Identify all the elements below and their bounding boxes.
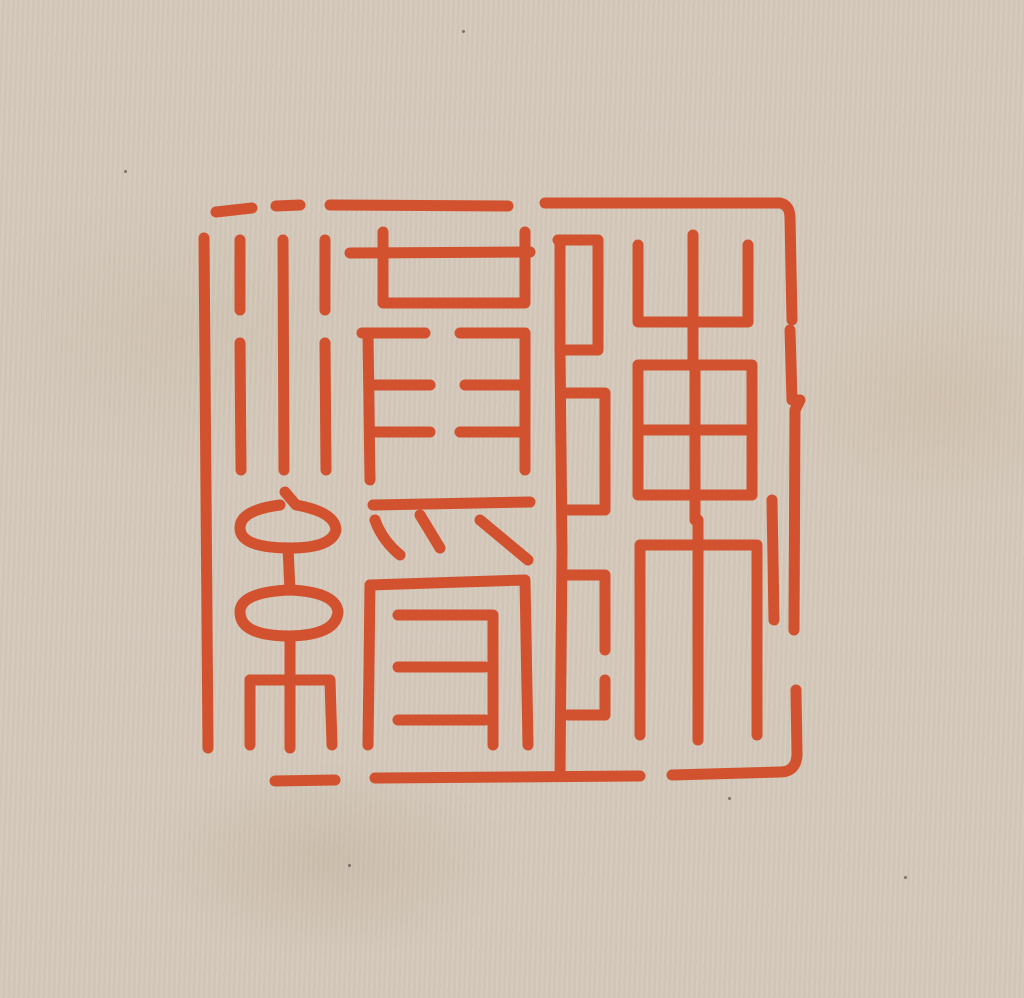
aged-paper-background: Chinese seal impression (seal script, re… [0,0,1024,998]
seal-impression [0,0,1024,998]
seal-character-right-bottom [560,500,774,775]
seal-character-left-bottom [240,492,530,748]
seal-character-right-top [558,235,752,550]
seal-character-left-top [240,232,530,480]
